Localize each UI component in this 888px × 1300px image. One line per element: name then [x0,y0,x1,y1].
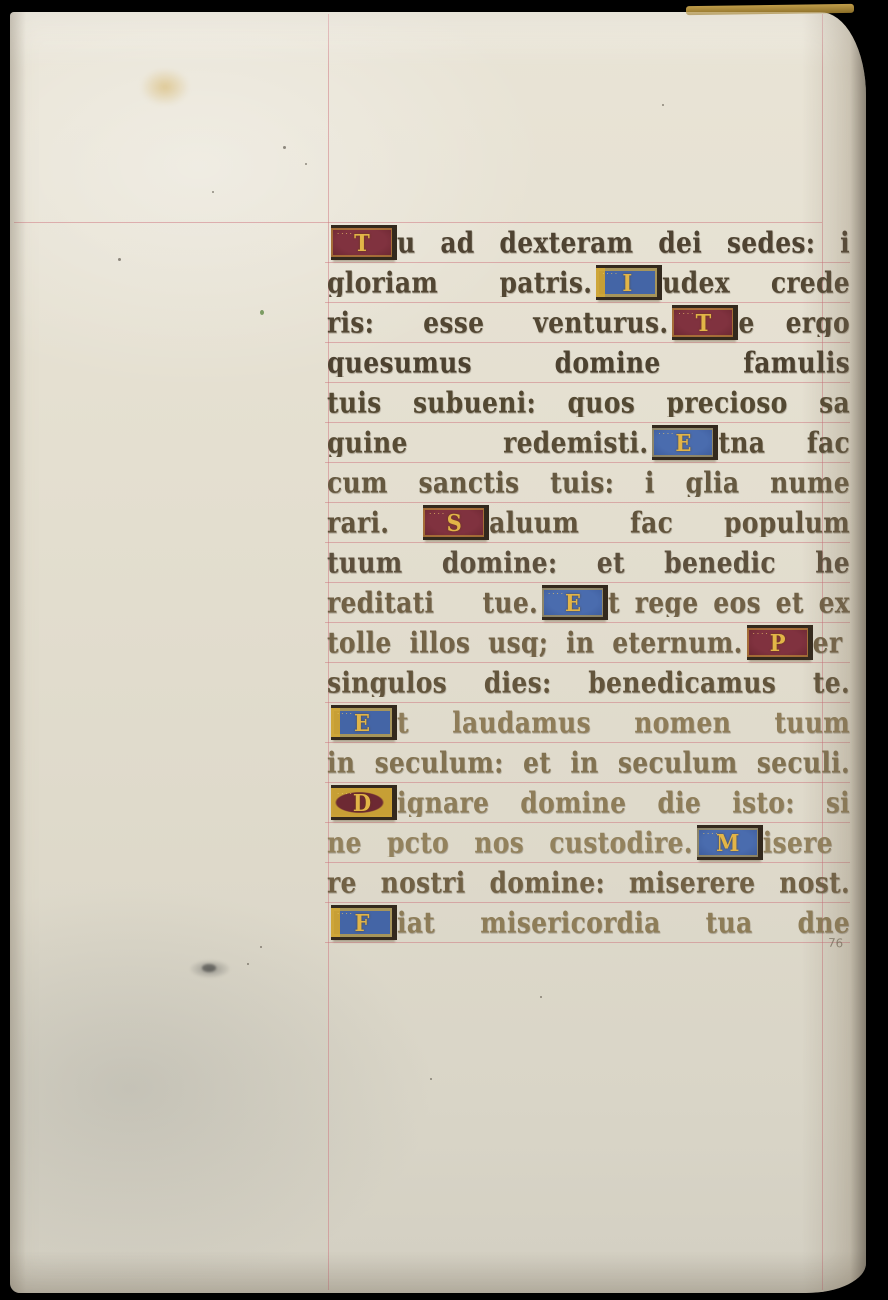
line-text: guineredemisti. [327,428,648,457]
initial-letter: T [354,228,370,256]
text-block: ····Tuaddexteramdeisedes:igloriampatris.… [327,222,850,942]
line-text: aluumfacpopulum [489,508,850,537]
line-text: uaddexteramdeisedes:i [397,228,850,257]
photograph-background: ····Tuaddexteramdeisedes:igloriampatris.… [0,0,888,1300]
text-line: quesumusdominefamulis [327,342,850,382]
line-text: isere [763,828,850,857]
initial-ornament-dots: ···· [429,511,446,518]
line-text: ris:esseventurus. [327,308,668,337]
line-text: tuissubueni:quospreciososa [327,388,850,417]
line-text: rari. [327,508,419,537]
decorated-initial-t: ····T [672,305,734,340]
decorated-initial-i: ····I [596,265,658,300]
line-text: udexcrede [662,268,850,297]
line-text: reditatitue. [327,588,538,617]
initial-letter: D [353,788,371,816]
initial-letter: T [696,308,712,336]
line-text: eergo [738,308,850,337]
text-line: tolleillosusq;ineternum.····Per [327,622,850,662]
parchment-speck [247,963,249,965]
parchment-speck [118,258,121,261]
initial-letter: E [565,588,581,616]
line-text: nepctonoscustodire. [327,828,693,857]
parchment-speck [540,996,542,998]
line-text: tuumdomine:etbenediche [327,548,850,577]
decorated-initial-e: ····E [542,585,604,620]
initial-ornament-dots: ···· [753,631,770,638]
decorated-initial-f: ····F [331,905,393,940]
parchment-stain [140,68,190,106]
text-line: renostridomine:misererenost. [327,862,850,902]
folio-number: 76 [828,936,844,951]
line-text: tnafac [718,428,850,457]
initial-ornament-dots: ···· [337,911,354,918]
initial-letter: I [622,268,632,296]
text-line: singulosdies:benedicamuste. [327,662,850,702]
initial-ornament-dots: ···· [548,591,565,598]
parchment-speck [662,104,664,106]
line-text: tregeeosetex [608,588,850,617]
initial-ornament-dots: ···· [602,271,619,278]
text-line: ····Fiatmisericordiatuadne [327,902,850,942]
decorated-initial-t: ····T [331,225,393,260]
parchment-speck [212,191,214,193]
initial-ornament-dots: ···· [658,431,675,438]
text-line: rari.····Saluumfacpopulum [327,502,850,542]
text-line: reditatitue.····Etregeeosetex [327,582,850,622]
gilt-page-edge [686,4,854,15]
text-line: inseculum:etinseculumseculi. [327,742,850,782]
text-line: ····Etlaudamusnomentuum [327,702,850,742]
line-text: tlaudamusnomentuum [397,708,850,737]
text-line: ····Dignaredominedieisto:si [327,782,850,822]
initial-ornament-dots: ···· [337,711,354,718]
initial-ornament-dots: ···· [337,791,354,798]
line-text: ignaredominedieisto:si [397,788,850,817]
decorated-initial-e: ····E [652,425,714,460]
line-text: iatmisericordiatuadne [397,908,850,937]
decorated-initial-p: ····P [747,625,809,660]
text-line: ····Tuaddexteramdeisedes:i [327,222,850,262]
line-text: renostridomine:misererenost. [327,868,850,897]
parchment-speck [283,146,286,149]
initial-ornament-dots: ···· [678,311,695,318]
line-text: inseculum:etinseculumseculi. [327,748,850,777]
decorated-initial-s: ····S [423,505,485,540]
text-line: ris:esseventurus.····Teergo [327,302,850,342]
parchment-speck [260,946,262,948]
pigment-speck [260,310,264,315]
initial-letter: E [354,708,370,736]
parchment-speck [430,1078,432,1080]
text-line: tuumdomine:etbenediche [327,542,850,582]
line-text: gloriampatris. [327,268,592,297]
line-text: cumsanctistuis:iglianume [327,468,850,497]
decorated-initial-d: ····D [331,785,393,820]
text-line: nepctonoscustodire.····Misere [327,822,850,862]
parchment-speck [305,163,307,165]
decorated-initial-m: ····M [697,825,759,860]
initial-letter: F [355,908,370,936]
text-line: gloriampatris.····Iudexcrede [327,262,850,302]
decorated-initial-e: ····E [331,705,393,740]
manuscript-page: ····Tuaddexteramdeisedes:igloriampatris.… [10,12,866,1293]
line-text: singulosdies:benedicamuste. [327,668,850,697]
line-text: quesumusdominefamulis [327,348,850,377]
initial-letter: P [770,628,786,656]
initial-letter: E [675,428,691,456]
initial-letter: M [716,828,739,856]
ink-smudge-dark [202,964,216,972]
initial-letter: S [447,508,462,536]
text-line: guineredemisti.····Etnafac [327,422,850,462]
initial-ornament-dots: ···· [337,231,354,238]
text-line: tuissubueni:quospreciososa [327,382,850,422]
text-line: cumsanctistuis:iglianume [327,462,850,502]
line-text: tolleillosusq;ineternum. [327,628,743,657]
line-text: er [813,628,850,657]
ruling-line-horizontal [325,942,850,943]
